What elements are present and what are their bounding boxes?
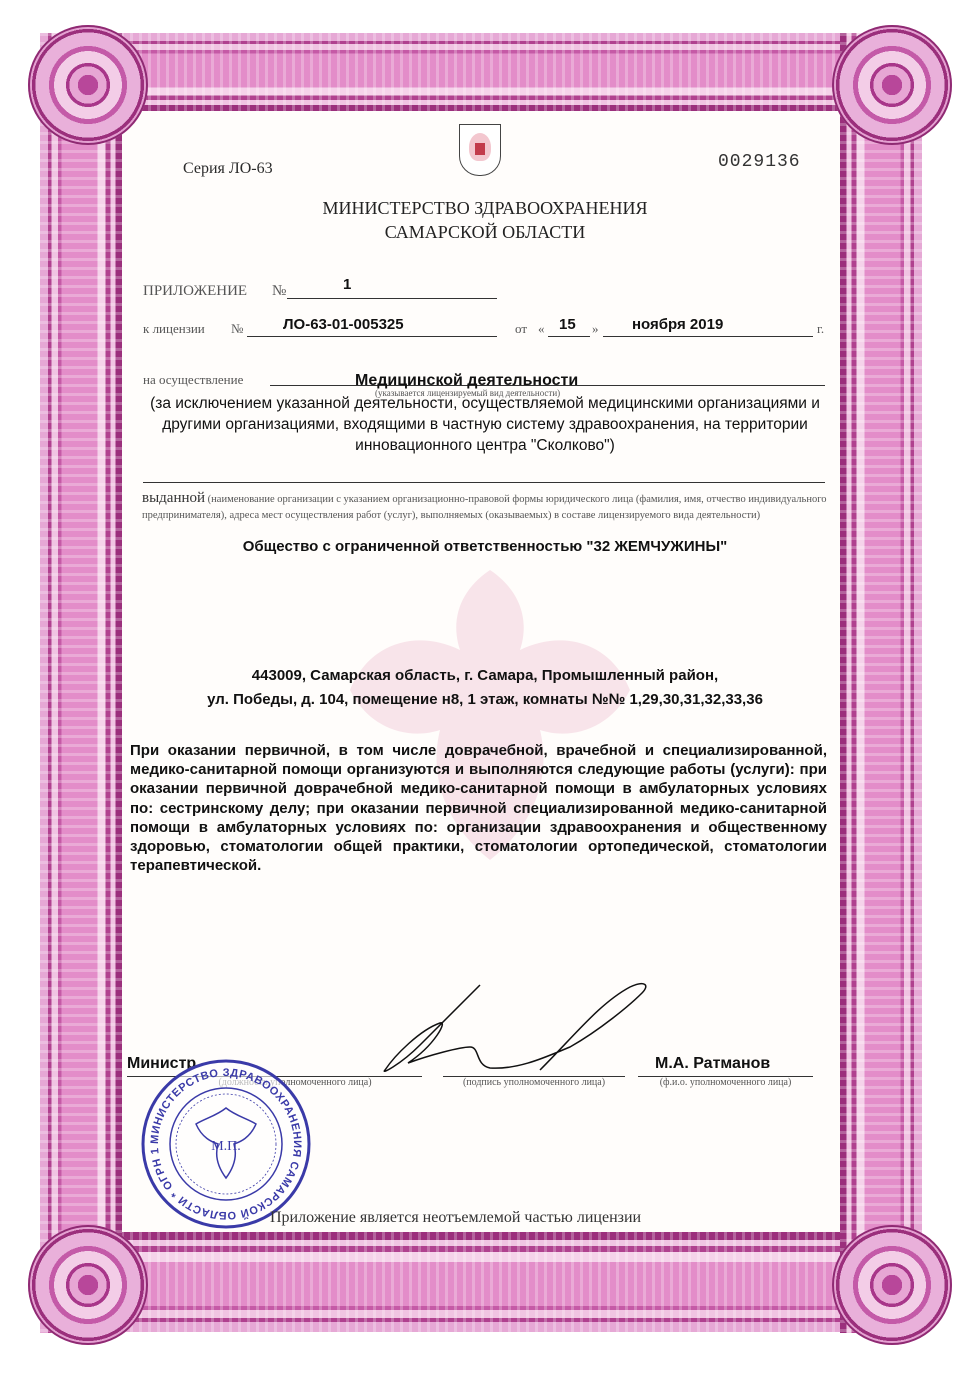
- rosette-icon: [832, 1225, 952, 1345]
- activity-exclusion: (за исключением указанной деятельности, …: [140, 393, 830, 456]
- works-services-text: При оказании первичной, в том числе довр…: [130, 741, 827, 875]
- address-line-1: 443009, Самарская область, г. Самара, Пр…: [140, 664, 830, 688]
- form-number: 0029136: [718, 152, 801, 172]
- ministry-line-2: САМАРСКОЙ ОБЛАСТИ: [200, 220, 770, 244]
- appendix-number-line: [287, 298, 497, 299]
- ornamental-border-top: [40, 33, 920, 111]
- rosette-icon: [28, 25, 148, 145]
- license-month-year: ноября 2019: [632, 316, 723, 333]
- rosette-icon: [832, 25, 952, 145]
- ornamental-border-bottom: [40, 1232, 920, 1332]
- series-label: Серия ЛО-63: [183, 160, 273, 178]
- issued-caption: (наименование организации с указанием ор…: [142, 494, 827, 521]
- organization-name: Общество с ограниченной ответственностью…: [140, 538, 830, 555]
- day-line: [548, 336, 590, 337]
- from-label: от: [515, 321, 527, 337]
- russian-coat-of-arms-icon: [459, 124, 501, 176]
- ornamental-border-right: [840, 33, 922, 1333]
- signer-name: М.А. Ратманов: [655, 1055, 770, 1073]
- license-number-sign: №: [231, 321, 243, 337]
- license-number: ЛО-63-01-005325: [283, 316, 404, 333]
- organization-address: 443009, Самарская область, г. Самара, Пр…: [140, 664, 830, 712]
- quote-close: »: [592, 321, 599, 337]
- issued-label: выданной: [142, 490, 205, 506]
- license-day: 15: [559, 316, 576, 333]
- ministry-line-1: МИНИСТЕРСТВО ЗДРАВООХРАНЕНИЯ: [200, 196, 770, 220]
- separator-line: [143, 482, 825, 483]
- activity-label: на осуществление: [143, 372, 243, 388]
- license-number-line: [247, 336, 497, 337]
- appendix-label: ПРИЛОЖЕНИЕ: [143, 283, 247, 300]
- ornamental-border-left: [40, 33, 122, 1333]
- issuing-authority: МИНИСТЕРСТВО ЗДРАВООХРАНЕНИЯ САМАРСКОЙ О…: [200, 196, 770, 244]
- license-label: к лицензии: [143, 321, 205, 337]
- address-line-2: ул. Победы, д. 104, помещение н8, 1 этаж…: [140, 688, 830, 712]
- month-year-line: [603, 336, 813, 337]
- footer-note: Приложение является неотъемлемой частью …: [270, 1209, 720, 1227]
- official-seal-icon: МИНИСТЕРСТВО ЗДРАВООХРАНЕНИЯ САМАРСКОЙ О…: [140, 1058, 312, 1230]
- quote-open: «: [538, 321, 545, 337]
- handwritten-signature-icon: [380, 975, 680, 1075]
- year-suffix: г.: [817, 321, 824, 337]
- license-appendix-page: Серия ЛО-63 0029136 МИНИСТЕРСТВО ЗДРАВОО…: [0, 0, 959, 1375]
- rosette-icon: [28, 1225, 148, 1345]
- appendix-number: 1: [343, 276, 351, 293]
- number-sign: №: [272, 283, 286, 300]
- seal-center-text: М.П.: [211, 1139, 241, 1154]
- issued-to-caption: выданной (наименование организации с ука…: [142, 490, 830, 524]
- signature-caption: (подпись уполномоченного лица): [443, 1077, 625, 1088]
- name-caption: (ф.и.о. уполномоченного лица): [638, 1077, 813, 1088]
